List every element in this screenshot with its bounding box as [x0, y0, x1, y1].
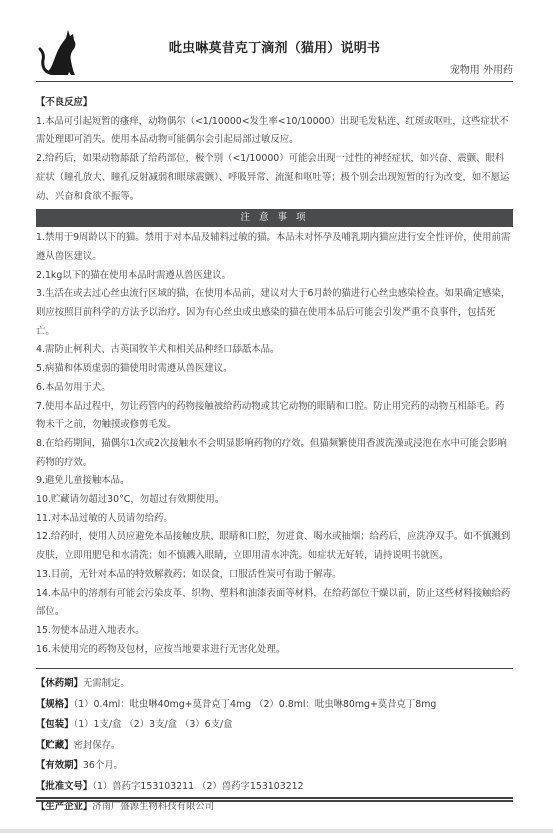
info-value: 济南广盛源生物科技有限公司 — [92, 801, 214, 812]
precaution-item: 11.对本品过敏的人员请勿给药。 — [36, 510, 513, 529]
precaution-item: 7.使用本品过程中，勿让药管内的药物接触被给药动物或其它动物的眼睛和口腔。防止用… — [36, 398, 513, 435]
info-row-shelf-life: 【有效期】36个月。 — [36, 756, 513, 777]
info-value: （1）0.4ml：吡虫啉40mg+莫昔克丁4mg （2）0.8ml：吡虫啉80m… — [74, 699, 437, 710]
info-value: 36个月。 — [83, 760, 123, 771]
document-header: 吡虫啉莫昔克丁滴剂（猫用）说明书 宠物用 外用药 — [36, 0, 513, 82]
adverse-reaction-item: 2.给药后，如果动物舔舐了给药部位，极个别（<1/10000）可能会出现一过性的… — [36, 150, 513, 206]
precaution-item: 10.贮藏请勿超过30°C，勿超过有效期使用。 — [36, 491, 513, 510]
product-info-section: 【休药期】无需制定。 【规格】（1）0.4ml：吡虫啉40mg+莫昔克丁4mg … — [36, 669, 513, 818]
precaution-item: 14.本品中的溶剂有可能会污染皮革、织物、塑料和油漆表面等材料，在给药部位干燥以… — [36, 585, 513, 622]
precaution-item: 8.在给药期间，猫偶尔1次或2次接触水不会明显影响药物的疗效。但猫频繁使用香波洗… — [36, 435, 513, 472]
precaution-item: 15.勿使本品进入地表水。 — [36, 622, 513, 641]
precaution-item: 5.病猫和体质虚弱的猫使用时需遵从兽医建议。 — [36, 360, 513, 379]
precaution-item: 13.目前，无针对本品的特效解救药；如误食，口服活性炭可有助于解毒。 — [36, 566, 513, 585]
info-row-withdrawal: 【休药期】无需制定。 — [36, 674, 513, 695]
info-row-specification: 【规格】（1）0.4ml：吡虫啉40mg+莫昔克丁4mg （2）0.8ml：吡虫… — [36, 695, 513, 716]
adverse-reactions-heading: 【不良反应】 — [36, 94, 513, 113]
info-label: 【包装】 — [36, 719, 74, 730]
leaflet-page: 吡虫啉莫昔克丁滴剂（猫用）说明书 宠物用 外用药 【不良反应】 1.本品可引起短… — [36, 0, 513, 818]
info-label: 【生产企业】 — [36, 801, 92, 812]
adverse-reaction-item: 1.本品可引起短暂的瘙痒，动物偶尔（<1/10000<发生率<10/10000）… — [36, 113, 513, 150]
precaution-item: 3.生活在或去过心丝虫流行区域的猫，在使用本品前，建议对大于6月龄的猫进行心丝虫… — [36, 285, 513, 341]
info-label: 【有效期】 — [36, 760, 83, 771]
precaution-item: 4.需防止柯利犬、古英国牧羊犬和相关品种经口舔舐本品。 — [36, 341, 513, 360]
precautions-heading-bar: 注 意 事 项 — [36, 209, 513, 227]
info-row-packaging: 【包装】（1）1支/盒 （2）3支/盒 （3）6支/盒 — [36, 715, 513, 736]
info-label: 【贮藏】 — [36, 740, 74, 751]
info-value: 密封保存。 — [74, 740, 121, 751]
info-label: 【休药期】 — [36, 678, 83, 689]
precaution-item: 12.给药时，使用人员应避免本品接触皮肤、眼睛和口腔，勿进食、喝水或抽烟；给药后… — [36, 528, 513, 565]
precaution-item: 1.禁用于9周龄以下的猫。禁用于对本品及辅料过敏的猫。本品未对怀孕及哺乳期内猫应… — [36, 229, 513, 266]
info-label: 【规格】 — [36, 699, 74, 710]
document-title: 吡虫啉莫昔克丁滴剂（猫用）说明书 — [36, 37, 513, 56]
info-row-approval-number: 【批准文号】（1）兽药字153103211 （2）兽药字153103212 — [36, 777, 513, 798]
info-value: （1）1支/盒 （2）3支/盒 （3）6支/盒 — [74, 719, 233, 730]
document-subtitle: 宠物用 外用药 — [450, 61, 513, 76]
info-label: 【批准文号】 — [36, 781, 92, 792]
footer-double-rule — [36, 797, 513, 802]
precaution-item: 16.未使用完的药物及包材，应按当地要求进行无害化处理。 — [36, 641, 513, 660]
info-row-storage: 【贮藏】密封保存。 — [36, 736, 513, 757]
precautions-section: 1.禁用于9周龄以下的猫。禁用于对本品及辅料过敏的猫。本品未对怀孕及哺乳期内猫应… — [36, 227, 513, 659]
info-value: 无需制定。 — [83, 678, 130, 689]
precaution-item: 2.1kg以下的猫在使用本品时需遵从兽医建议。 — [36, 267, 513, 286]
info-value: （1）兽药字153103211 （2）兽药字153103212 — [92, 781, 303, 792]
page-bottom-edge — [0, 829, 553, 833]
precaution-item: 6.本品勿用于犬。 — [36, 379, 513, 398]
precaution-item: 9.避免儿童接触本品。 — [36, 472, 513, 491]
adverse-reactions-section: 【不良反应】 1.本品可引起短暂的瘙痒，动物偶尔（<1/10000<发生率<10… — [36, 82, 513, 206]
